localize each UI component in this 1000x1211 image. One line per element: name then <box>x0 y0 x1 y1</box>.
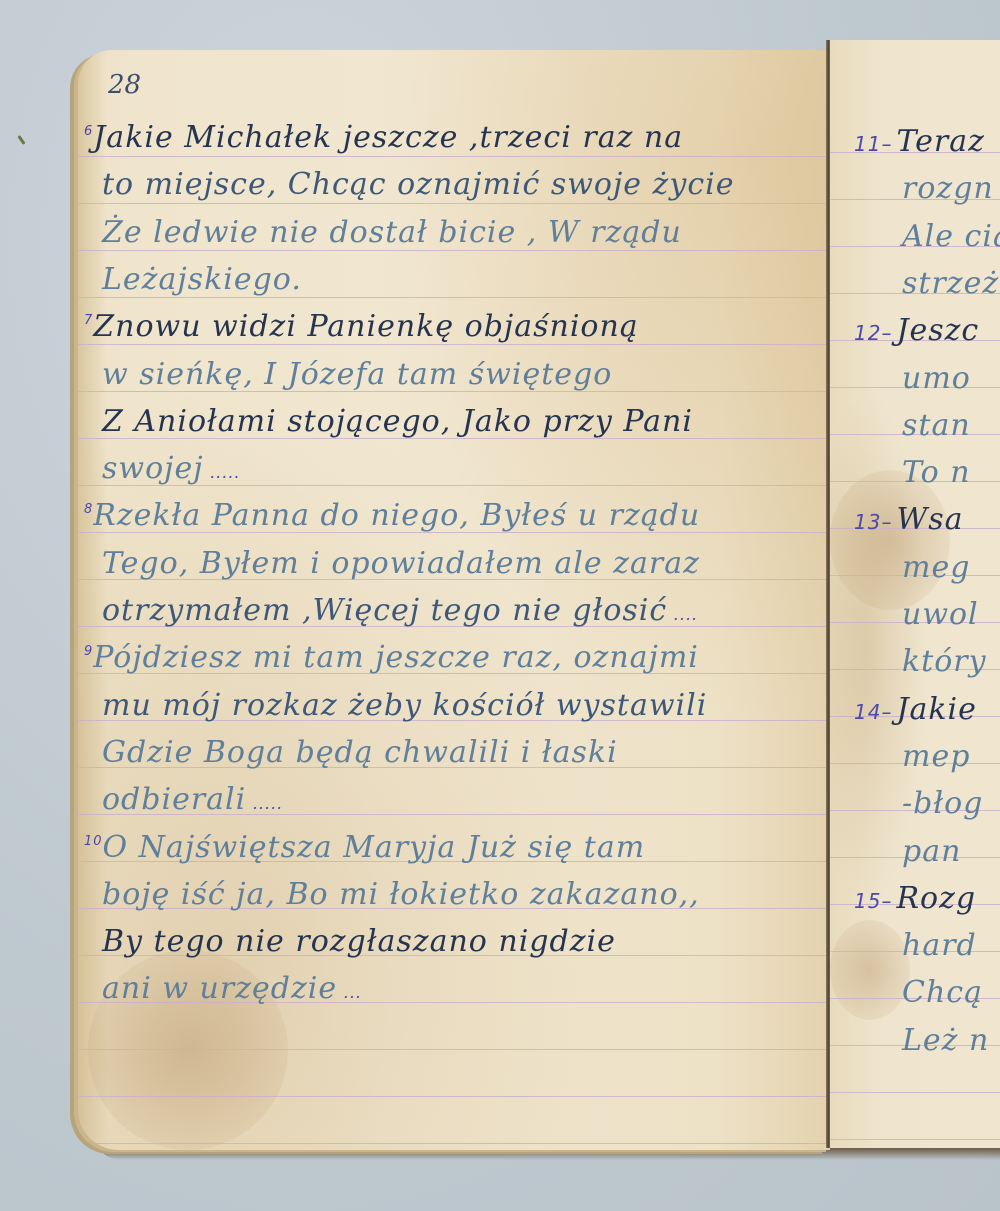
handwritten-line: Leż n <box>902 1023 989 1058</box>
handwritten-line: 11–Teraz <box>854 124 985 159</box>
handwritten-line: 9Pójdziesz mi tam jeszcze raz, oznajmi <box>84 640 699 675</box>
line-text: -błog <box>902 786 983 821</box>
handwritten-line: rozgn <box>902 171 994 206</box>
line-text: Jakie <box>896 692 976 727</box>
handwritten-line: pan <box>902 834 961 869</box>
line-text: swojej <box>102 451 204 486</box>
line-text: boję iść ja, Bo mi łokietko zakazano,, <box>102 877 700 912</box>
handwritten-line: 15–Rozg <box>854 881 976 916</box>
line-text: rozgn <box>902 171 994 206</box>
handwritten-line: boję iść ja, Bo mi łokietko zakazano,, <box>102 877 700 912</box>
line-text: By tego nie rozgłaszano nigdzie <box>102 924 616 959</box>
handwritten-line: Leżajskiego. <box>102 262 302 297</box>
handwritten-line: Chcą <box>902 975 983 1010</box>
handwritten-line: -błog <box>902 786 983 821</box>
ellipsis-dots: .... <box>667 605 697 624</box>
handwritten-line: 14–Jakie <box>854 692 977 727</box>
handwritten-line: 6Jakie Michałek jeszcze ,trzeci raz na <box>84 120 683 155</box>
age-stain <box>830 920 910 1020</box>
line-text: mu mój rozkaz żeby kościół wystawili <box>102 688 707 723</box>
ruled-line <box>78 1096 830 1097</box>
line-text: Chcą <box>902 975 983 1010</box>
handwritten-line: otrzymałem ,Więcej tego nie głosić .... <box>102 593 698 628</box>
verse-number: 6 <box>84 124 93 139</box>
ruled-line <box>78 250 830 251</box>
line-text: Tego, Byłem i opowiadałem ale zaraz <box>102 546 700 581</box>
handwritten-line: w sieńkę, I Józefa tam świętego <box>102 357 612 392</box>
ellipsis-dots: ... <box>337 983 361 1002</box>
line-text: meg <box>902 550 970 585</box>
line-text: mep <box>902 739 970 774</box>
handwritten-line: To n <box>902 455 971 490</box>
ruled-line <box>78 203 830 204</box>
ruled-line <box>830 1139 1000 1140</box>
verse-number: 9 <box>84 644 93 659</box>
verse-number: 7 <box>84 313 93 328</box>
verse-number: 15– <box>854 889 892 913</box>
ruled-line <box>78 1049 830 1050</box>
line-text: ani w urzędzie <box>102 971 337 1006</box>
ellipsis-dots: ..... <box>204 463 241 482</box>
notebook-right-page: 11–TerazrozgnAle ciąstrzeż12–Jeszcumosta… <box>830 40 1000 1148</box>
handwritten-line: stan <box>902 408 971 443</box>
line-text: otrzymałem ,Więcej tego nie głosić <box>102 593 667 628</box>
line-text: Rozg <box>896 881 976 916</box>
line-text: Teraz <box>896 124 984 159</box>
handwritten-line: strzeż <box>902 266 999 301</box>
line-text: Pójdziesz mi tam jeszcze raz, oznajmi <box>93 640 699 675</box>
handwritten-line: 8Rzekła Panna do niego, Byłeś u rządu <box>84 498 700 533</box>
line-text: w sieńkę, I Józefa tam świętego <box>102 357 612 392</box>
handwritten-line: uwol <box>902 597 979 632</box>
handwritten-line: odbierali ..... <box>102 782 283 817</box>
line-text: Jeszc <box>896 313 979 348</box>
line-text: O Najświętsza Maryja Już się tam <box>103 830 646 865</box>
line-text: Leż n <box>902 1023 989 1058</box>
handwritten-line: 12–Jeszc <box>854 313 979 348</box>
handwritten-line: meg <box>902 550 970 585</box>
line-text: uwol <box>902 597 979 632</box>
line-text: strzeż <box>902 266 999 301</box>
line-text: Z Aniołami stojącego, Jako przy Pani <box>102 404 693 439</box>
verse-number: 10 <box>84 834 103 849</box>
handwritten-line: Ale cią <box>902 219 1000 254</box>
handwritten-line: mu mój rozkaz żeby kościół wystawili <box>102 688 707 723</box>
line-text: Znowu widzi Panienkę objaśnioną <box>93 309 638 344</box>
handwritten-line: swojej ..... <box>102 451 240 486</box>
ruled-line <box>78 297 830 298</box>
line-text: Gdzie Boga będą chwalili i łaski <box>102 735 618 770</box>
ruled-line <box>78 1143 830 1144</box>
line-text: Leżajskiego. <box>102 262 302 297</box>
handwritten-line: Tego, Byłem i opowiadałem ale zaraz <box>102 546 700 581</box>
notebook-left-page: 28 6Jakie Michałek jeszcze ,trzeci raz n… <box>78 50 830 1150</box>
handwritten-line: mep <box>902 739 970 774</box>
handwritten-line: Z Aniołami stojącego, Jako przy Pani <box>102 404 693 439</box>
line-text: stan <box>902 408 971 443</box>
verse-number: 8 <box>84 502 93 517</box>
line-text: umo <box>902 361 971 396</box>
line-text: Rzekła Panna do niego, Byłeś u rządu <box>93 498 700 533</box>
line-text: Wsa <box>896 502 963 537</box>
handwritten-line: hard <box>902 928 977 963</box>
handwritten-line: By tego nie rozgłaszano nigdzie <box>102 924 616 959</box>
handwritten-line: umo <box>902 361 971 396</box>
line-text: Ale cią <box>902 219 1000 254</box>
handwritten-line: 7Znowu widzi Panienkę objaśnioną <box>84 309 639 344</box>
handwritten-line: ani w urzędzie ... <box>102 971 361 1006</box>
ruled-line <box>830 1092 1000 1093</box>
handwritten-line: który <box>902 644 987 679</box>
line-text: hard <box>902 928 977 963</box>
verse-number: 13– <box>854 510 892 534</box>
line-text: Jakie Michałek jeszcze ,trzeci raz na <box>93 120 683 155</box>
ruled-line <box>78 156 830 157</box>
line-text: Że ledwie nie dostał bicie , W rządu <box>102 215 682 250</box>
page-number: 28 <box>108 70 141 100</box>
handwritten-line: 13–Wsa <box>854 502 964 537</box>
verse-number: 12– <box>854 321 892 345</box>
line-text: który <box>902 644 987 679</box>
line-text: odbierali <box>102 782 246 817</box>
line-text: pan <box>902 834 961 869</box>
handwritten-line: 10O Najświętsza Maryja Już się tam <box>84 830 645 865</box>
verse-number: 14– <box>854 700 892 724</box>
handwritten-line: Gdzie Boga będą chwalili i łaski <box>102 735 618 770</box>
handwritten-line: to miejsce, Chcąc oznajmić swoje życie <box>102 167 734 202</box>
age-stain <box>830 470 950 610</box>
line-text: To n <box>902 455 971 490</box>
handwritten-line: Że ledwie nie dostał bicie , W rządu <box>102 215 682 250</box>
line-text: to miejsce, Chcąc oznajmić swoje życie <box>102 167 734 202</box>
verse-number: 11– <box>854 132 892 156</box>
ellipsis-dots: ..... <box>246 794 283 813</box>
